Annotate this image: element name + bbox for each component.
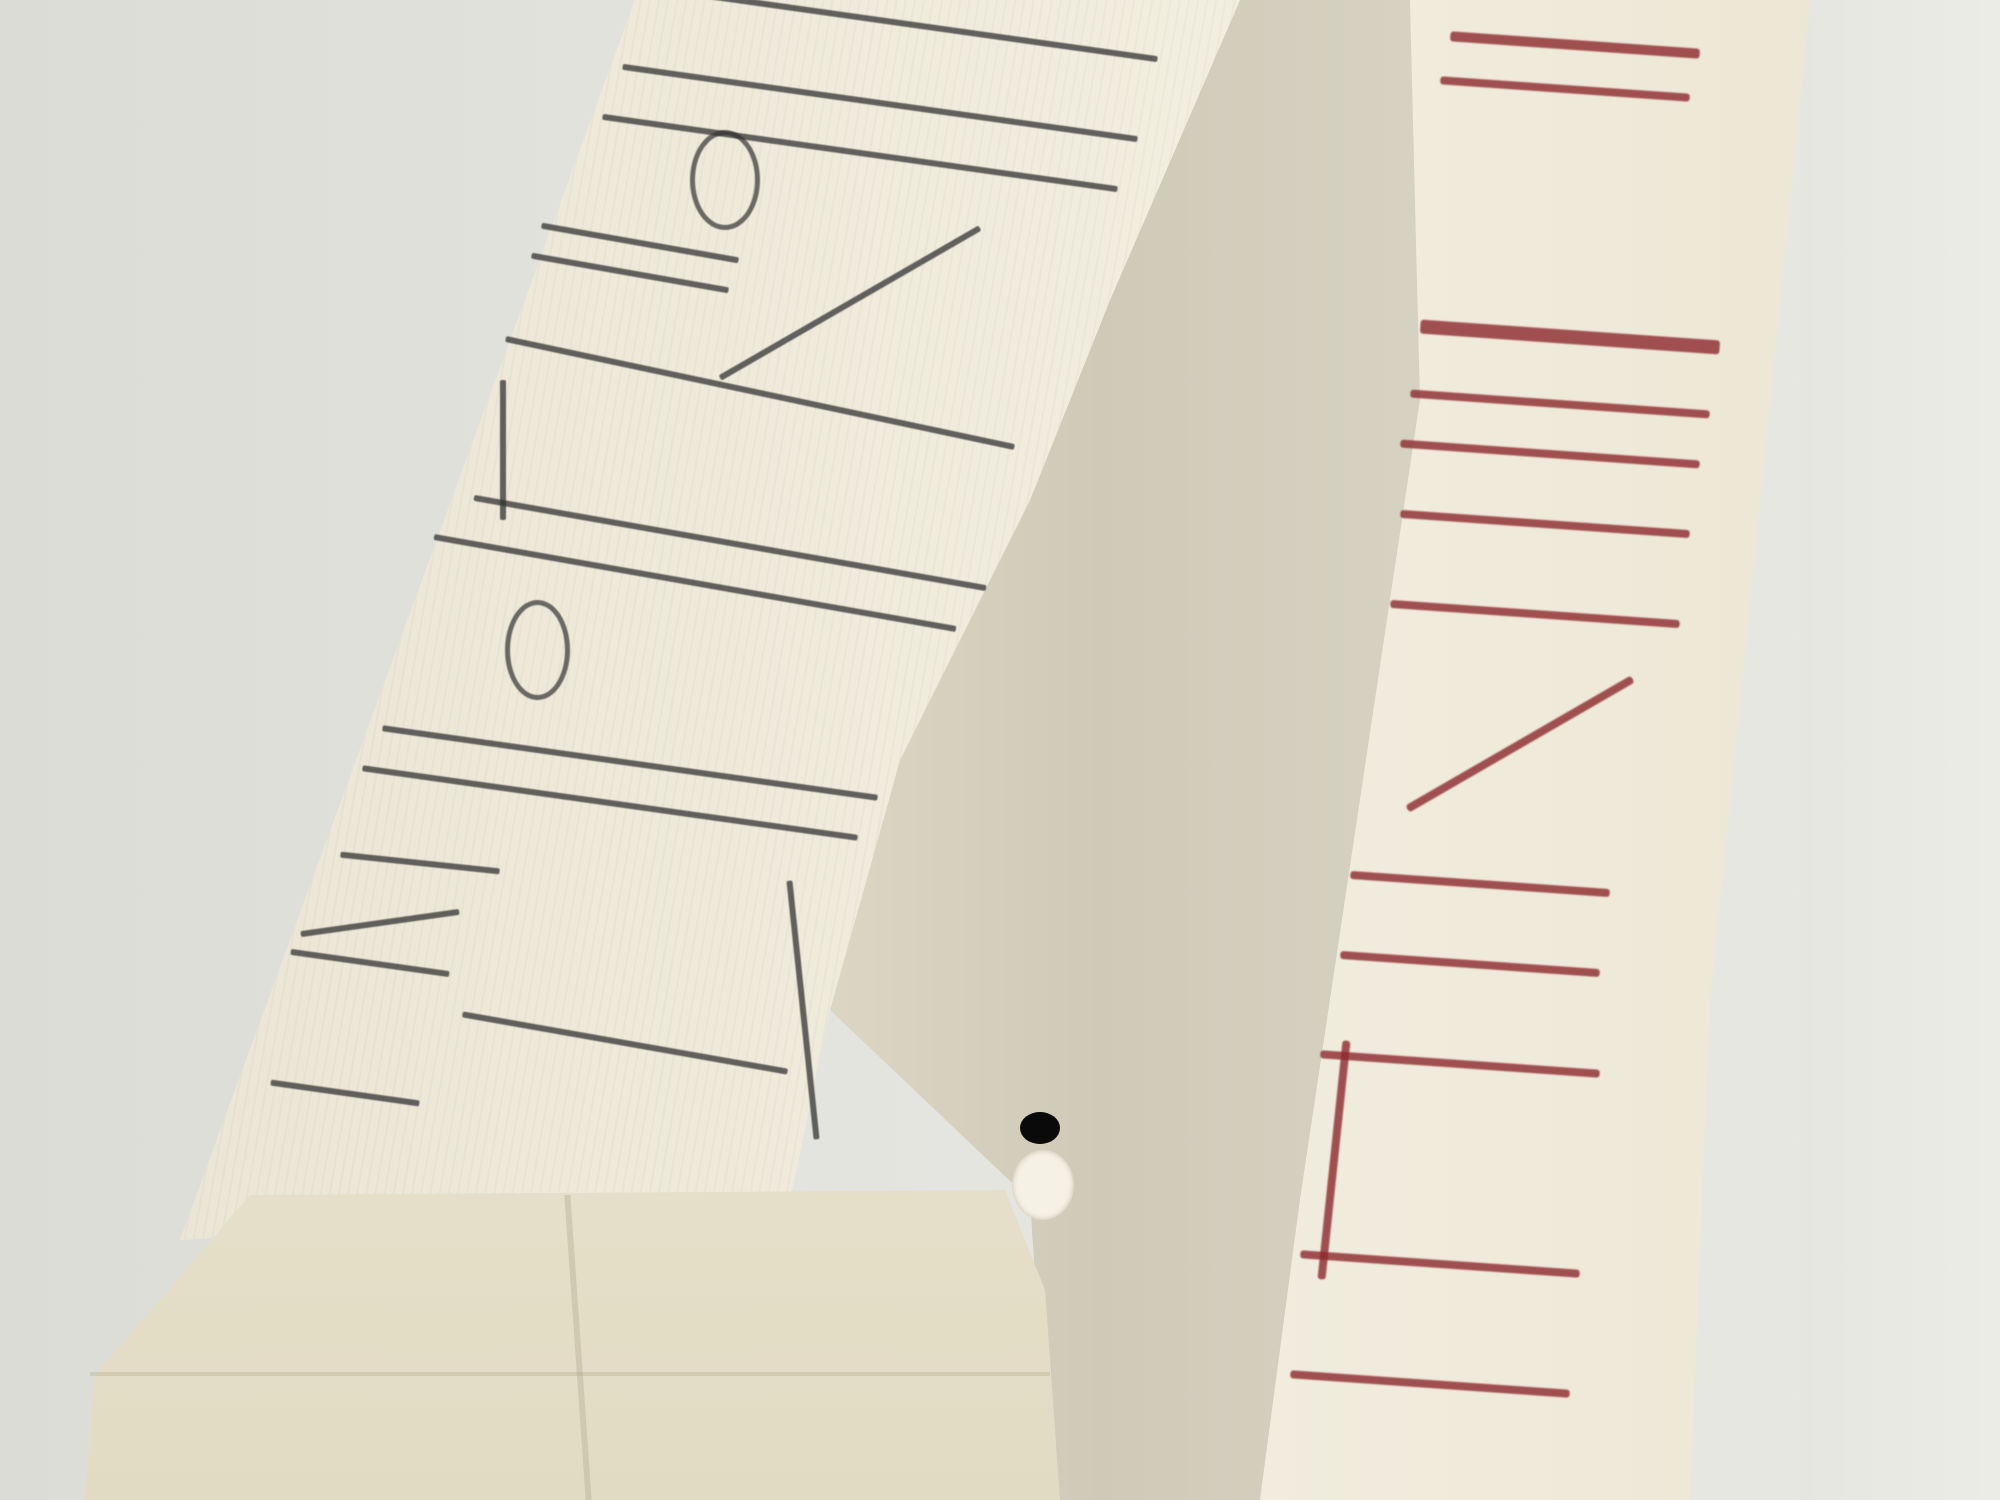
filled-plug [1012,1150,1074,1220]
photo-scene: White-painted wooden sculpture beams wit… [0,0,2000,1500]
block-edge [90,1372,1050,1376]
screw-hole [1020,1112,1060,1144]
background-wall [1800,0,2000,1500]
